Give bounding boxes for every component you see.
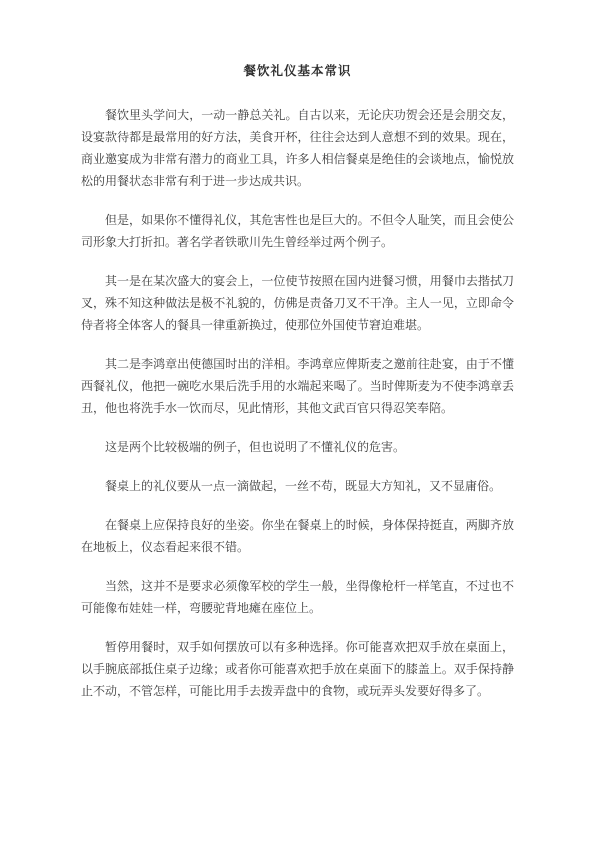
paragraph-4: 其二是李鸿章出使德国时出的洋相。李鸿章应俾斯麦之邀前往赴宴，由于不懂西餐礼仪，他…: [81, 353, 514, 419]
paragraph-8: 当然，这并不是要求必须像军校的学生一般，坐得像枪杆一样笔直，不过也不可能像布娃娃…: [81, 575, 514, 619]
paragraph-3: 其一是在某次盛大的宴会上，一位使节按照在国内进餐习惯，用餐巾去揩拭刀叉，殊不知这…: [81, 270, 514, 336]
paragraph-6: 餐桌上的礼仪要从一点一滴做起，一丝不苟，既显大方知礼，又不显庸俗。: [81, 475, 514, 497]
document-title: 餐饮礼仪基本常识: [81, 62, 514, 80]
paragraph-1: 餐饮里头学问大，一动一静总关礼。自古以来，无论庆功贺会还是会朋交友，设宴款待都是…: [81, 104, 514, 192]
paragraph-5: 这是两个比较极端的例子，但也说明了不懂礼仪的危害。: [81, 436, 514, 458]
paragraph-2: 但是，如果你不懂得礼仪，其危害性也是巨大的。不但令人耻笑，而且会使公司形象大打折…: [81, 209, 514, 253]
document-content: 餐饮礼仪基本常识 餐饮里头学问大，一动一静总关礼。自古以来，无论庆功贺会还是会朋…: [81, 62, 514, 719]
paragraph-9: 暂停用餐时，双手如何摆放可以有多种选择。你可能喜欢把双手放在桌面上，以手腕底部抵…: [81, 636, 514, 702]
document-page: 餐饮礼仪基本常识 餐饮里头学问大，一动一静总关礼。自古以来，无论庆功贺会还是会朋…: [0, 0, 595, 842]
paragraph-7: 在餐桌上应保持良好的坐姿。你坐在餐桌上的时候，身体保持挺直，两脚齐放在地板上，仪…: [81, 514, 514, 558]
